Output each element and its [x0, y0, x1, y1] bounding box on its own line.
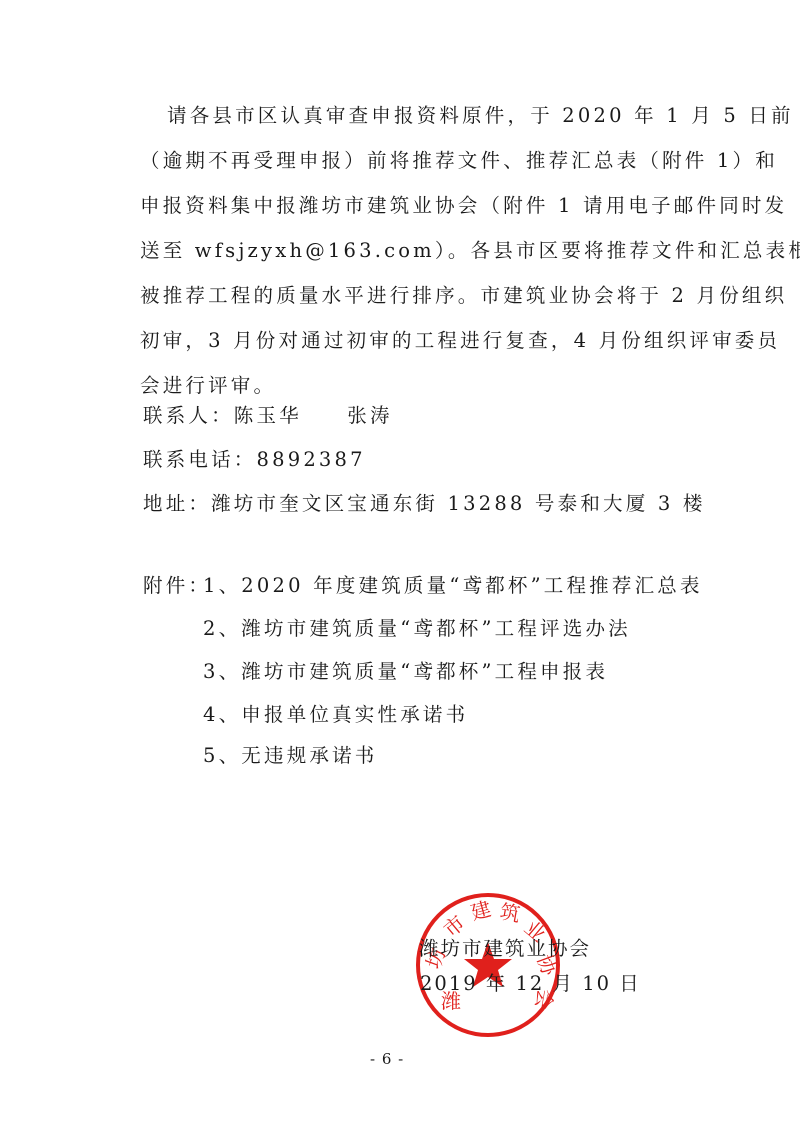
- attachment-item: 2、潍坊市建筑质量“鸢都杯”工程评选办法: [203, 617, 631, 641]
- attachment-item: 4、申报单位真实性承诺书: [203, 703, 468, 727]
- attachments-label: 附件：: [143, 574, 211, 598]
- paragraph-line-email: 送至 wfsjzyxh@163.com）。各县市区要将推荐文件和汇总表根据: [140, 239, 800, 263]
- contact-persons: 联系人：陈玉华 张涛: [143, 404, 393, 428]
- contact-phone: 联系电话：8892387: [143, 448, 366, 472]
- svg-text:筑: 筑: [498, 899, 522, 926]
- page-number: - 6 -: [370, 1050, 404, 1068]
- paragraph-line: 申报资料集中报潍坊市建筑业协会（附件 1 请用电子邮件同时发: [140, 194, 787, 218]
- paragraph-line: 被推荐工程的质量水平进行排序。市建筑业协会将于 2 月份组织: [140, 284, 787, 308]
- paragraph-line: （逾期不再受理申报）前将推荐文件、推荐汇总表（附件 1）和: [140, 149, 778, 173]
- signature-organization: 潍坊市建筑业协会: [419, 937, 591, 961]
- signature-date: 2019 年 12 月 10 日: [420, 972, 641, 996]
- attachment-item: 1、2020 年度建筑质量“鸢都杯”工程推荐汇总表: [203, 574, 703, 598]
- attachment-item: 3、潍坊市建筑质量“鸢都杯”工程申报表: [203, 660, 608, 684]
- contact-address: 地址：潍坊市奎文区宝通东街 13288 号泰和大厦 3 楼: [143, 492, 706, 516]
- paragraph-line: 初审，3 月份对通过初审的工程进行复查，4 月份组织评审委员: [140, 329, 780, 353]
- paragraph-line: 请各县市区认真审查申报资料原件，于 2020 年 1 月 5 日前: [167, 104, 794, 128]
- paragraph-line: 会进行评审。: [140, 374, 276, 398]
- attachment-item: 5、无违规承诺书: [203, 744, 378, 768]
- svg-text:建: 建: [468, 896, 494, 924]
- official-seal-icon: 潍 坊 市 建 筑 业 协 会: [413, 890, 563, 1040]
